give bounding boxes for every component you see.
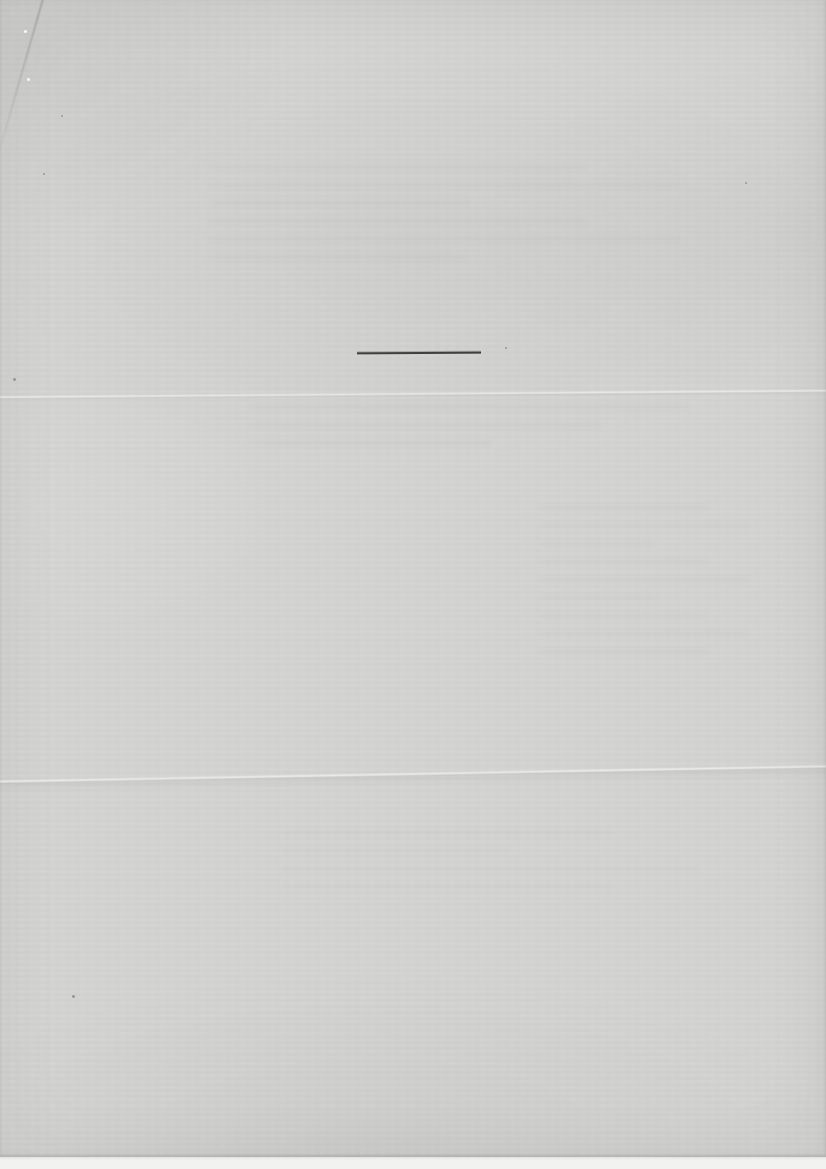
- scanned-document-view: [0, 0, 826, 1169]
- speck: [505, 347, 507, 349]
- bleedthrough-ghosting: [540, 505, 750, 667]
- upper-horizontal-crease: [0, 390, 826, 402]
- speck: [27, 78, 30, 81]
- horizontal-rule-mark: [357, 352, 481, 355]
- speck: [43, 173, 45, 175]
- scanner-backing: [0, 1157, 826, 1169]
- bleedthrough-ghosting: [250, 405, 690, 459]
- lower-fold-crease: [0, 765, 826, 794]
- speck: [745, 182, 747, 184]
- speck: [24, 30, 27, 33]
- bleedthrough-ghosting: [280, 830, 700, 902]
- speck: [61, 115, 63, 117]
- scanned-page: [0, 0, 826, 1157]
- speck: [13, 378, 16, 381]
- speck: [72, 995, 75, 998]
- corner-crease: [0, 0, 46, 175]
- bleedthrough-ghosting: [210, 165, 680, 273]
